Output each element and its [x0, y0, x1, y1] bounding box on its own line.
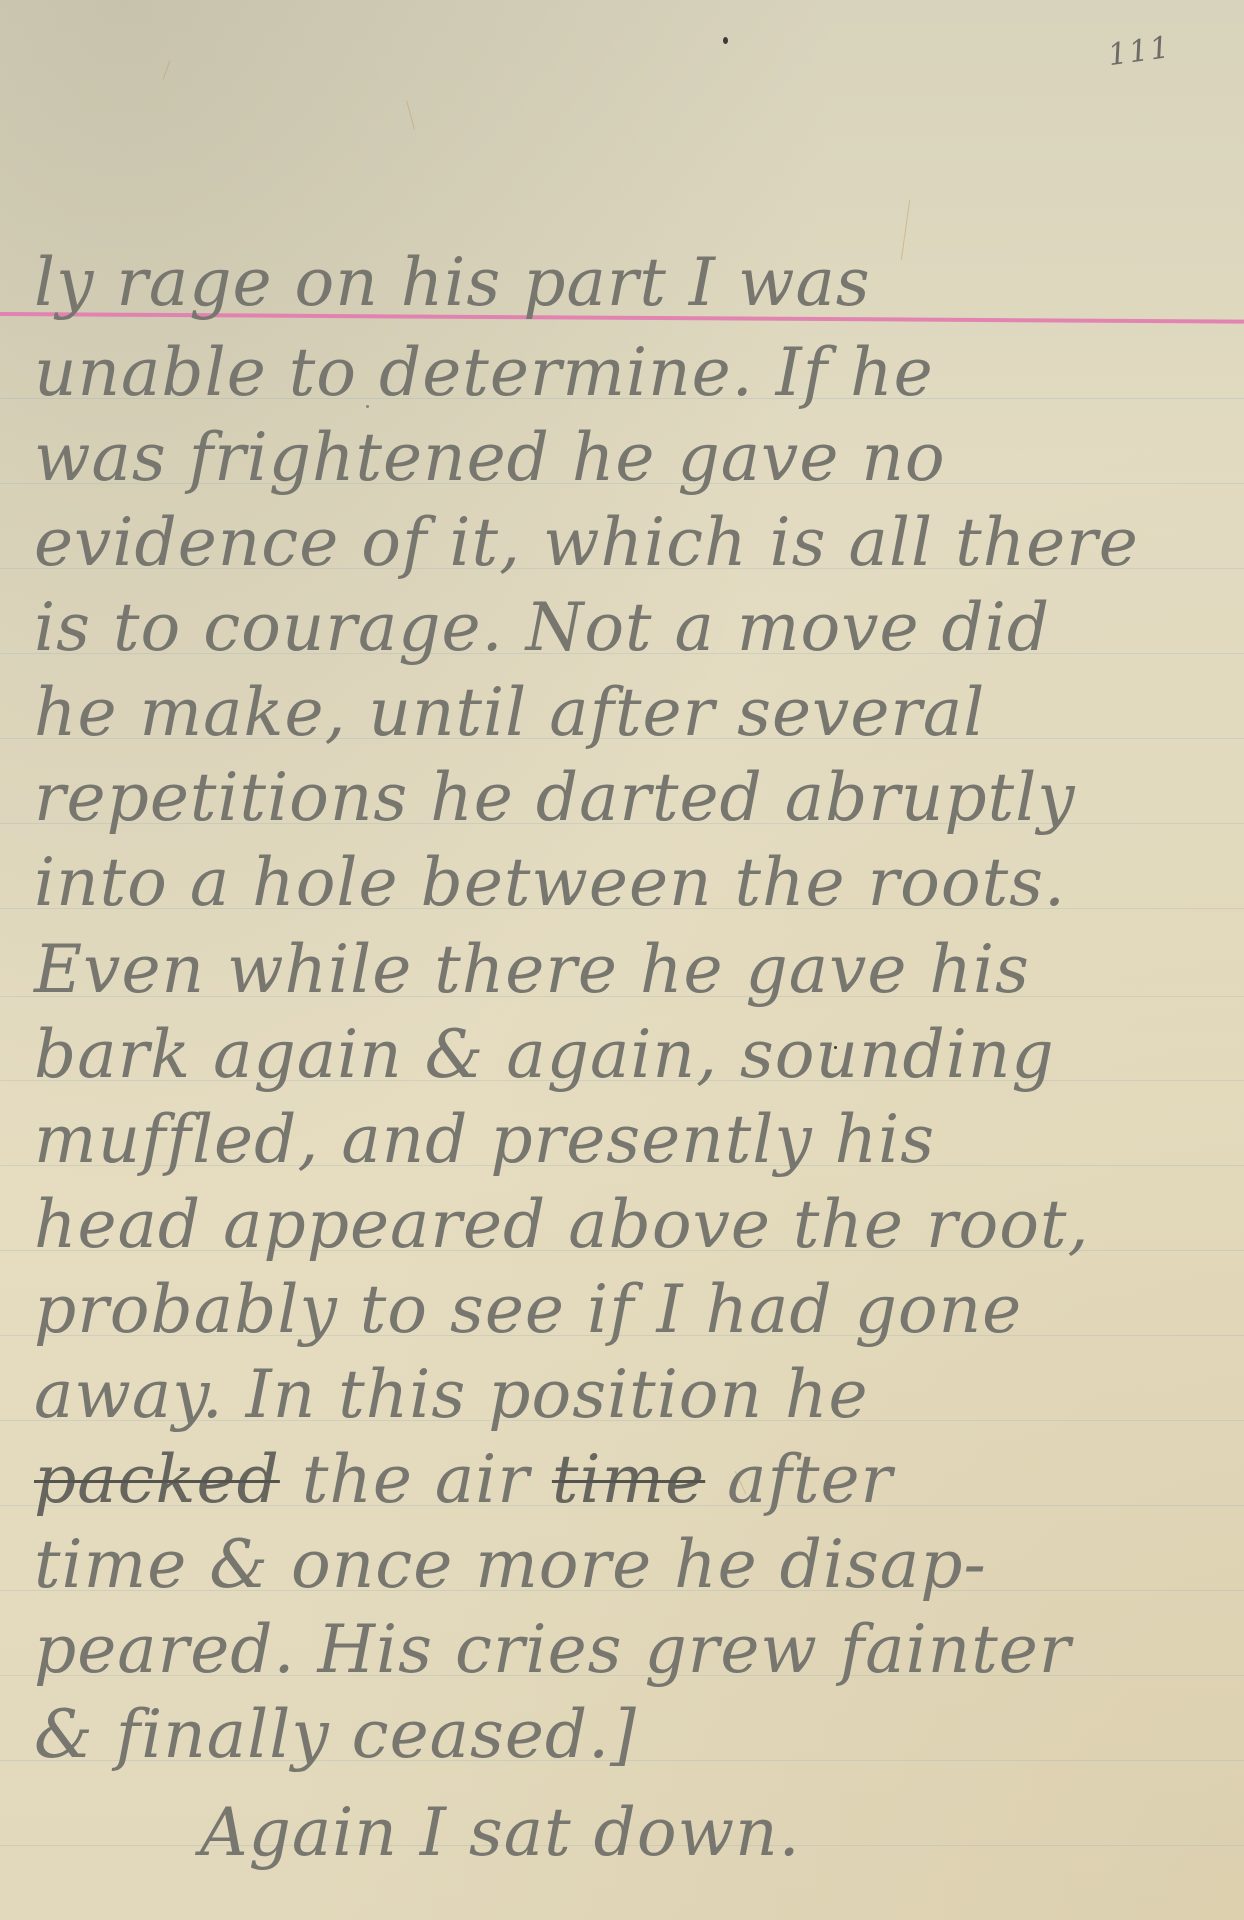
struck-word: time [552, 1441, 705, 1518]
manuscript-line: peared. His cries grew fainter [34, 1617, 1071, 1683]
manuscript-line: into a hole between the roots. [34, 850, 1066, 916]
line-text: after [705, 1441, 893, 1518]
manuscript-line: he make, until after several [34, 680, 985, 746]
manuscript-line: repetitions he darted abruptly [34, 765, 1076, 831]
manuscript-line-with-corrections: packed the air time after [34, 1447, 893, 1513]
manuscript-line: head appeared above the root, [34, 1192, 1089, 1258]
manuscript-line: unable to determine. If he [34, 340, 934, 406]
page-number: 111 [1106, 30, 1174, 73]
manuscript-line: away. In this position he [34, 1362, 869, 1428]
manuscript-line: is to courage. Not a move did [34, 595, 1050, 661]
manuscript-line: was frightened he gave no [34, 425, 946, 491]
paper-fiber [163, 60, 171, 79]
manuscript-line: bark again & again, sounding [34, 1022, 1055, 1088]
paper-fiber [901, 200, 910, 260]
manuscript-line: Even while there he gave his [34, 937, 1030, 1003]
struck-word: packed [34, 1441, 280, 1518]
manuscript-line: muffled, and presently his [34, 1107, 935, 1173]
manuscript-line: Again I sat down. [200, 1800, 801, 1866]
manuscript-line: time & once more he disap- [34, 1532, 987, 1598]
manuscript-line: evidence of it, which is all there [34, 510, 1139, 576]
paper-fiber [406, 100, 415, 129]
manuscript-line: ly rage on his part I was [34, 250, 871, 316]
manuscript-line: probably to see if I had gone [34, 1277, 1022, 1343]
manuscript-page: 111 ly rage on his part I was unable to … [0, 0, 1244, 1920]
ink-speck [723, 37, 728, 44]
manuscript-line: & finally ceased.] [34, 1702, 637, 1768]
line-text: the air [280, 1441, 552, 1518]
